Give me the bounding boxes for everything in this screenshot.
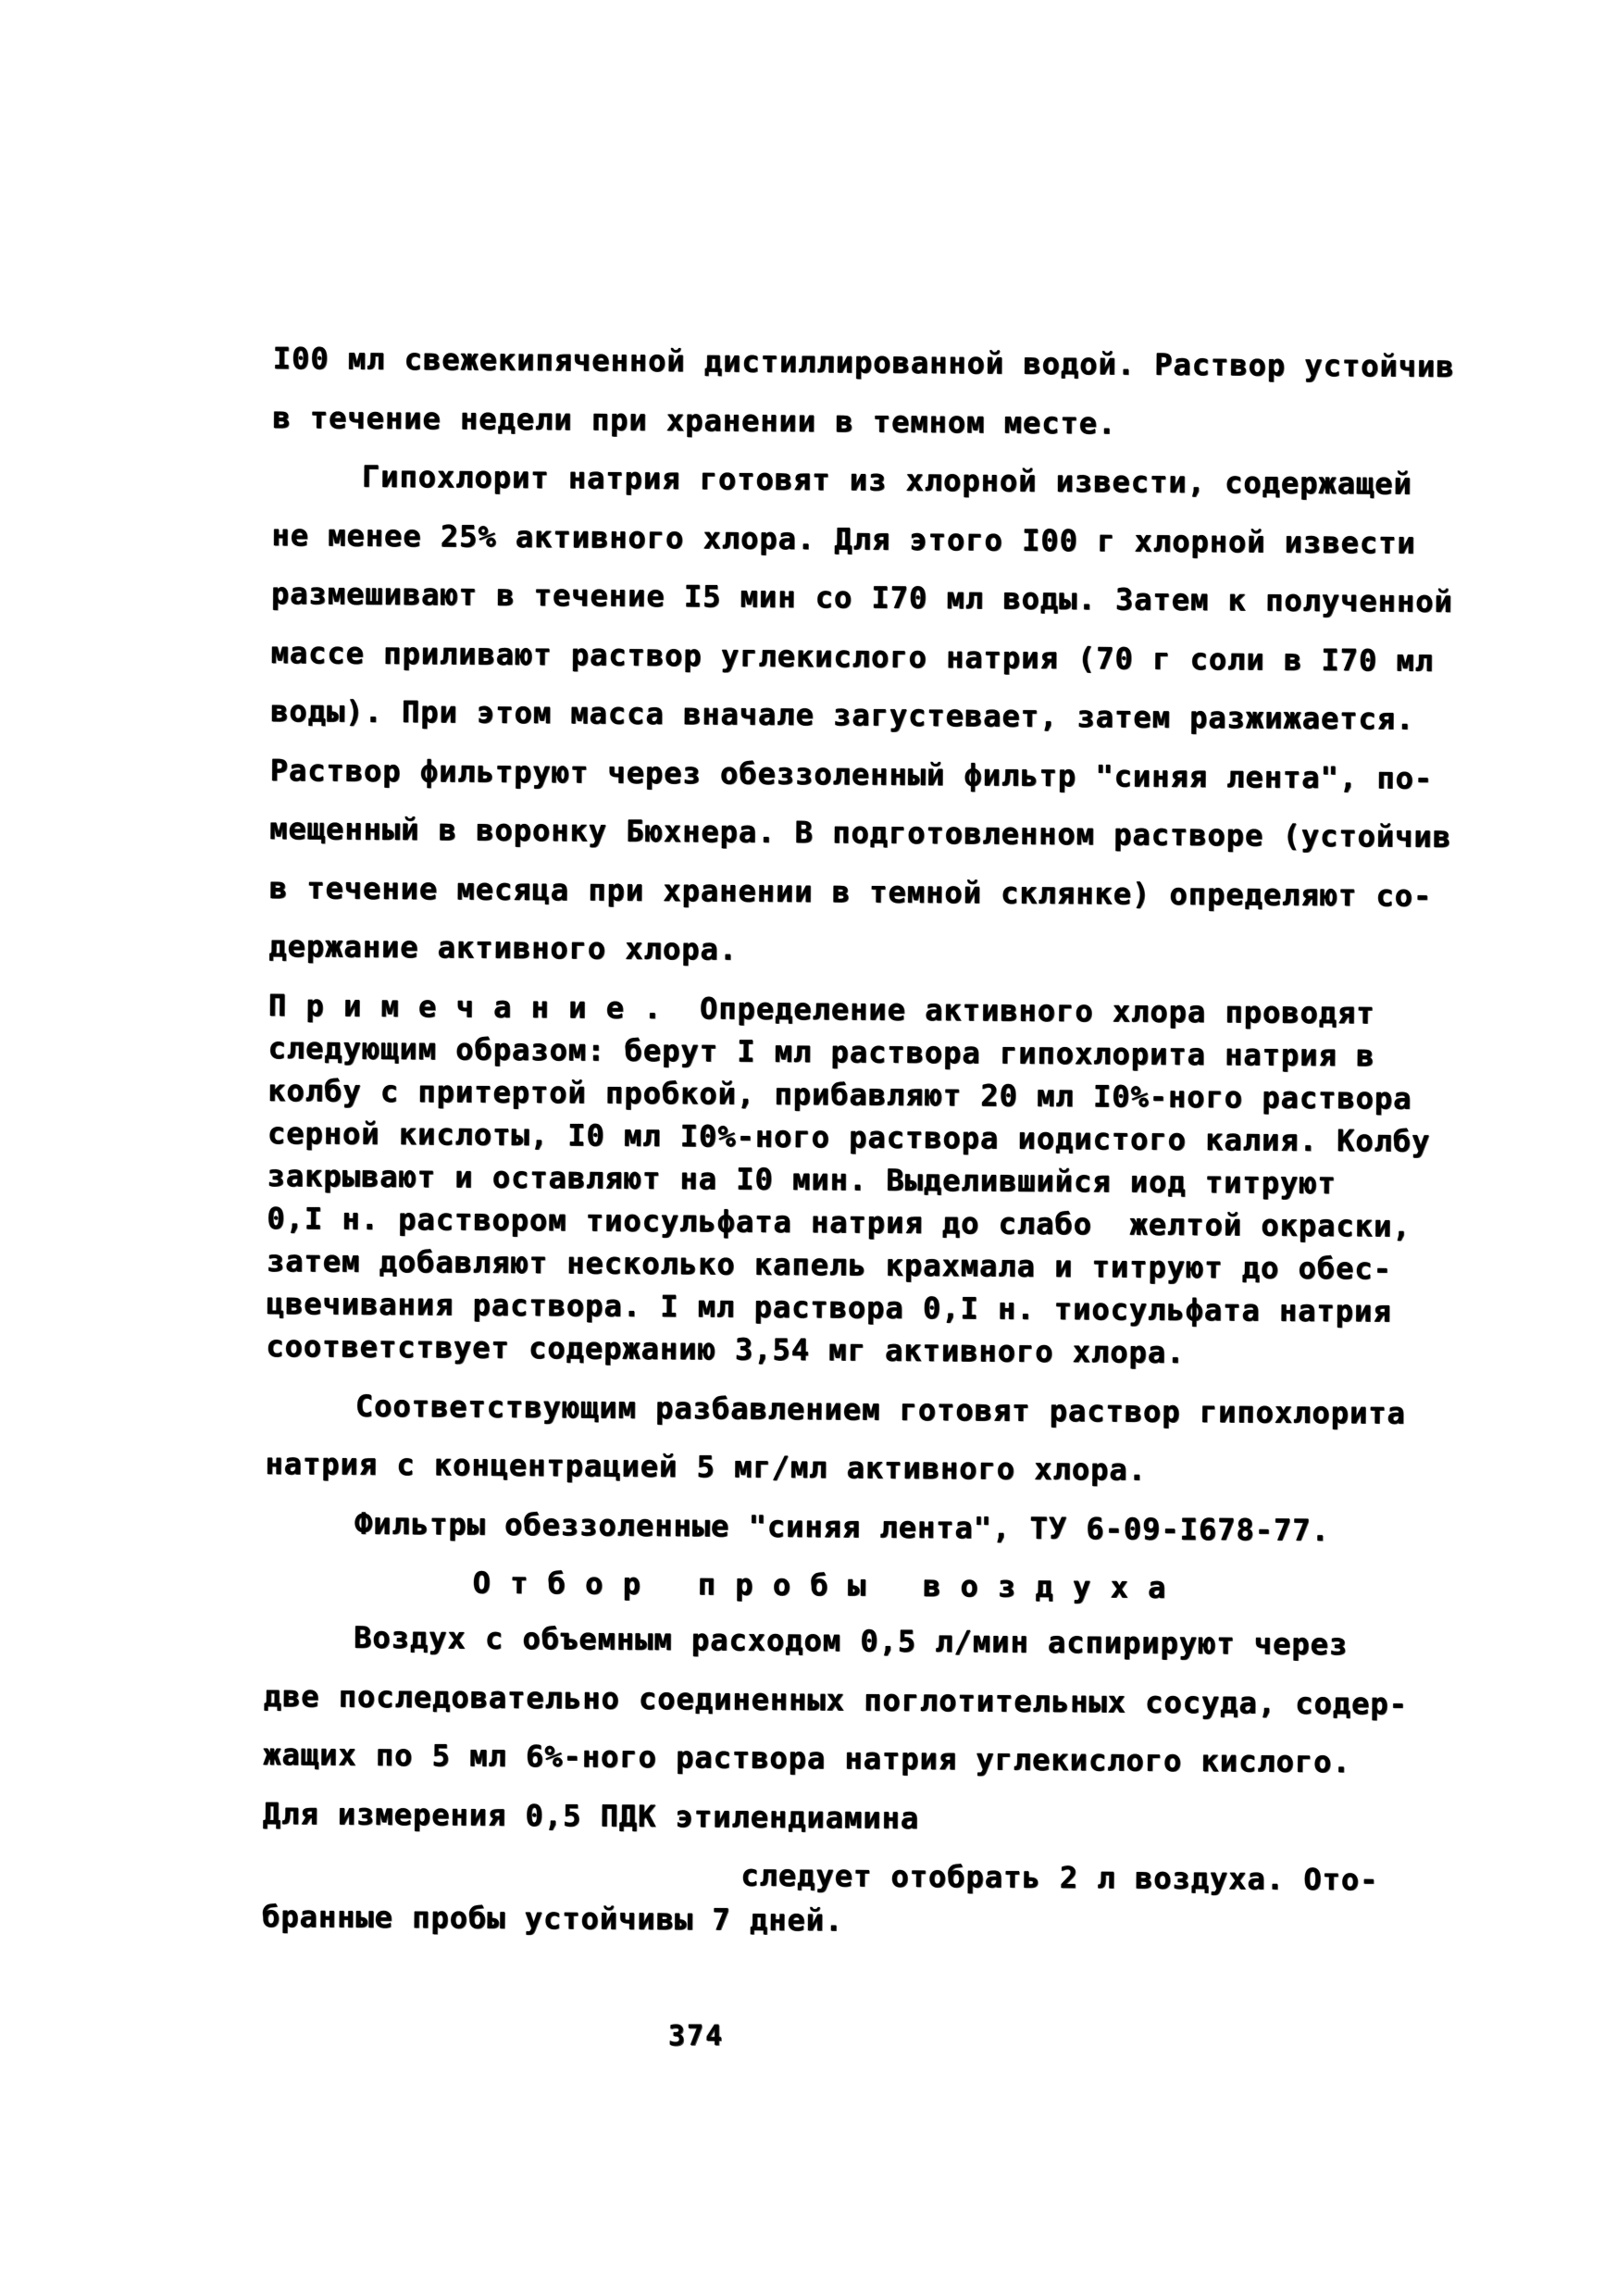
text-line: размешивают в течение I5 мин со I70 мл в…: [0, 576, 1615, 646]
text-line: держание активного хлора.: [0, 929, 1613, 999]
text-line: Раствор фильтруют через обеззоленный фил…: [0, 752, 1614, 822]
text-line: не менее 25% активного хлора. Для этого …: [0, 517, 1616, 587]
text-line: Для измерения 0,5 ПДК этилендиамина: [0, 1795, 1607, 1865]
text-line: жащих по 5 мл 6%-ного раствора натрия уг…: [0, 1737, 1607, 1807]
text-line: Соответствующим разбавлением готовят рас…: [0, 1387, 1610, 1457]
text-line: Фильтры обеззоленные "синяя лента", ТУ 6…: [0, 1504, 1609, 1575]
document-text-block: I00 мл свежекипяченной дистиллированной …: [0, 341, 1617, 1954]
text-line: Гипохлорит натрия готовят из хлорной изв…: [0, 458, 1616, 529]
text-line: натрия с концентрацией 5 мг/мл активного…: [0, 1446, 1610, 1516]
text-line: в течение месяца при хранении в темной с…: [0, 869, 1613, 940]
text-line: в течение недели при хранении в темном м…: [0, 399, 1617, 469]
text-line: массе приливают раствор углекислого натр…: [0, 634, 1615, 705]
text-line: I00 мл свежекипяченной дистиллированной …: [0, 341, 1617, 411]
text-line: две последовательно соединенных поглотит…: [0, 1678, 1608, 1748]
scanned-document-page: I00 мл свежекипяченной дистиллированной …: [0, 0, 1617, 2296]
page-number: 374: [668, 2020, 724, 2053]
text-line: воды). При этом масса вначале загустевае…: [0, 693, 1614, 764]
text-line: мещенный в воронку Бюхнера. В подготовле…: [0, 811, 1613, 881]
text-line: Воздух с объемным расходом 0,5 л/мин асп…: [0, 1619, 1608, 1690]
